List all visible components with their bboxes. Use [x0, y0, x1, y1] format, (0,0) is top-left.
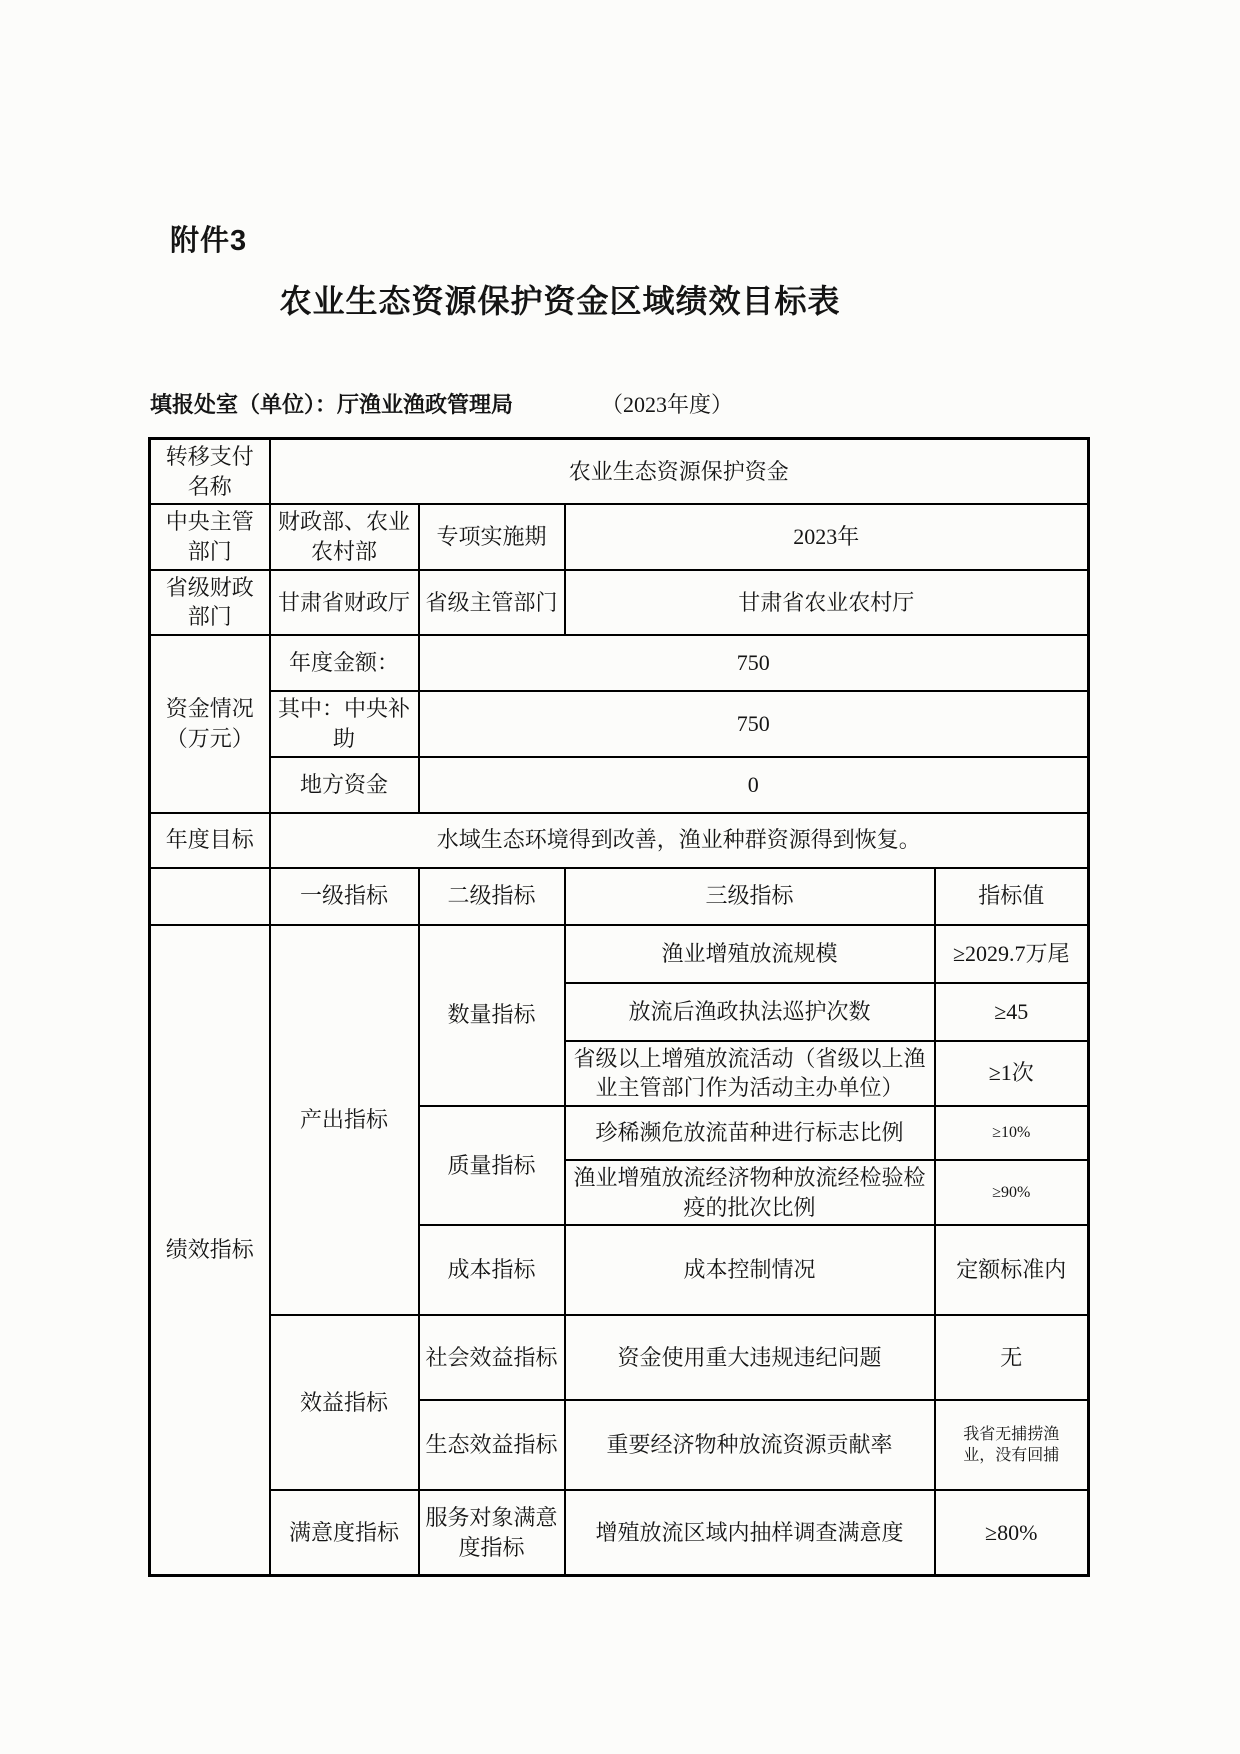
indicator-row-value: 定额标准内	[935, 1225, 1089, 1315]
provincial-authority-value: 甘肃省农业农村厅	[565, 570, 1089, 635]
annual-goal-label: 年度目标	[150, 813, 270, 868]
implementation-period-label: 专项实施期	[419, 504, 565, 569]
report-year-label: （2023年度）	[601, 388, 733, 419]
report-info-line: 填报处室（单位）：厅渔业渔政管理局 （2023年度）	[150, 388, 1090, 419]
transfer-payment-name-value: 农业生态资源保护资金	[270, 439, 1089, 505]
header-spacer-cell	[150, 868, 270, 925]
central-subsidy-value: 750	[419, 691, 1089, 756]
indicator-row-value: ≥2029.7万尾	[935, 925, 1089, 983]
implementation-period-value: 2023年	[565, 504, 1089, 569]
header-level2: 二级指标	[419, 868, 565, 925]
annual-amount-label: 年度金额：	[270, 635, 419, 691]
indicator-row-l3: 放流后渔政执法巡护次数	[565, 983, 935, 1041]
indicator-row-value: ≥45	[935, 983, 1089, 1041]
cost-indicator-label: 成本指标	[419, 1225, 565, 1315]
service-satisfaction-label: 服务对象满意 度指标	[419, 1490, 565, 1575]
indicator-row-value: 我省无捕捞渔 业，没有回捕	[935, 1400, 1089, 1490]
header-value: 指标值	[935, 868, 1089, 925]
central-dept-value: 财政部、农业 农村部	[270, 504, 419, 569]
eco-benefit-label: 生态效益指标	[419, 1400, 565, 1490]
header-level1: 一级指标	[270, 868, 419, 925]
indicator-row-l3: 增殖放流区域内抽样调查满意度	[565, 1490, 935, 1575]
central-dept-label: 中央主管 部门	[150, 504, 270, 569]
document-title: 农业生态资源保护资金区域绩效目标表	[0, 276, 1120, 322]
indicator-row-l3: 珍稀濒危放流苗种进行标志比例	[565, 1106, 935, 1160]
transfer-payment-name-label: 转移支付 名称	[150, 439, 270, 505]
provincial-authority-label: 省级主管部门	[419, 570, 565, 635]
annual-goal-value: 水域生态环境得到改善，渔业种群资源得到恢复。	[270, 813, 1089, 868]
social-benefit-label: 社会效益指标	[419, 1315, 565, 1400]
funds-section-label: 资金情况 （万元）	[150, 635, 270, 812]
indicator-row-value: ≥90%	[935, 1160, 1089, 1225]
attachment-label: 附件3	[170, 218, 247, 259]
provincial-finance-dept-value: 甘肃省财政厅	[270, 570, 419, 635]
benefit-indicator-label: 效益指标	[270, 1315, 419, 1490]
indicator-row-value: ≥1次	[935, 1041, 1089, 1106]
indicator-row-l3: 渔业增殖放流规模	[565, 925, 935, 983]
indicator-row-l3: 成本控制情况	[565, 1225, 935, 1315]
central-subsidy-label: 其中：中央补 助	[270, 691, 419, 756]
performance-target-table: 转移支付 名称 农业生态资源保护资金 中央主管 部门 财政部、农业 农村部 专项…	[148, 437, 1090, 1577]
indicator-row-l3: 资金使用重大违规违纪问题	[565, 1315, 935, 1400]
local-funds-label: 地方资金	[270, 757, 419, 813]
local-funds-value: 0	[419, 757, 1089, 813]
indicator-row-l3: 渔业增殖放流经济物种放流经检验检疫的批次比例	[565, 1160, 935, 1225]
indicator-row-l3: 重要经济物种放流资源贡献率	[565, 1400, 935, 1490]
quality-indicator-label: 质量指标	[419, 1106, 565, 1225]
satisfaction-indicator-label: 满意度指标	[270, 1490, 419, 1575]
header-level3: 三级指标	[565, 868, 935, 925]
indicator-row-l3: 省级以上增殖放流活动（省级以上渔业主管部门作为活动主办单位）	[565, 1041, 935, 1106]
quantity-indicator-label: 数量指标	[419, 925, 565, 1106]
indicator-row-value: ≥10%	[935, 1106, 1089, 1160]
performance-indicator-label: 绩效指标	[150, 925, 270, 1576]
document-page: 附件3 农业生态资源保护资金区域绩效目标表 填报处室（单位）：厅渔业渔政管理局 …	[0, 0, 1240, 1754]
provincial-finance-dept-label: 省级财政 部门	[150, 570, 270, 635]
report-unit-label: 填报处室（单位）：厅渔业渔政管理局	[150, 388, 513, 419]
annual-amount-value: 750	[419, 635, 1089, 691]
output-indicator-label: 产出指标	[270, 925, 419, 1316]
indicator-row-value: ≥80%	[935, 1490, 1089, 1575]
indicator-row-value: 无	[935, 1315, 1089, 1400]
